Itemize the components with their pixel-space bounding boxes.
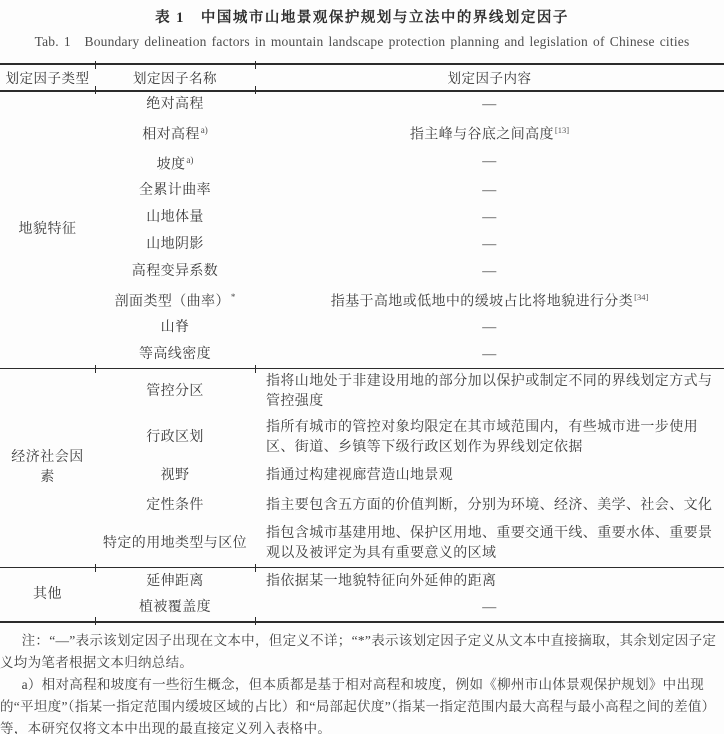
factor-name: 管控分区: [146, 384, 204, 399]
citation-marker: [34]: [634, 292, 648, 302]
table-row: 山地阴影 —: [0, 231, 724, 258]
factor-name: 视野: [161, 468, 190, 483]
factor-name-cell: 相对高程a): [95, 118, 255, 148]
citation-marker: [13]: [555, 125, 569, 135]
table-notes: 注：“—”表示该划定因子出现在文本中，但定义不详；“*”表示该划定因子定义从文本…: [0, 630, 724, 734]
factor-name-cell: 剖面类型（曲率）*: [95, 285, 255, 315]
factor-content-cell: —: [255, 342, 724, 369]
category-cell: 经济社会因素: [0, 369, 95, 568]
factor-name-cell: 绝对高程: [95, 91, 255, 118]
factor-name-cell: 坡度a): [95, 148, 255, 178]
factor-content: —: [482, 154, 496, 169]
factor-content-cell: 指主峰与谷底之间高度[13]: [255, 118, 724, 148]
table-row: 高程变异系数 —: [0, 258, 724, 285]
factor-name: 植被覆盖度: [139, 600, 211, 615]
table-title-cn: 表 1 中国城市山地景观保护规划与立法中的界线划定因子: [0, 9, 724, 28]
factor-content-cell: 指包含城市基建用地、保护区用地、重要交通干线、重要水体、重要景观以及被评定为具有…: [255, 521, 724, 568]
factor-content-cell: 指依据某一地貌特征向外延伸的距离: [255, 568, 724, 595]
factor-content-cell: 指所有城市的管控对象均限定在其市域范围内，有些城市进一步使用区、街道、乡镇等下级…: [255, 415, 724, 461]
factor-name-cell: 全累计曲率: [95, 177, 255, 204]
factor-content-cell: 指将山地处于非建设用地的部分加以保护或制定不同的界线划定方式与管控强度: [255, 369, 724, 416]
factor-name-cell: 管控分区: [95, 369, 255, 416]
section-landform: 地貌特征 绝对高程 — 相对高程a) 指主峰与谷底之间高度[13] 坡度a) —…: [0, 91, 724, 369]
factor-content: —: [482, 97, 496, 112]
table-row: 定性条件 指主要包含五方面的价值判断，分别为环境、经济、美学、社会、文化: [0, 491, 724, 521]
factor-content: —: [482, 347, 496, 362]
section-other: 其他 延伸距离 指依据某一地貌特征向外延伸的距离 植被覆盖度 —: [0, 568, 724, 622]
factor-name-cell: 行政区划: [95, 415, 255, 461]
factor-content: 指依据某一地貌特征向外延伸的距离: [266, 574, 496, 589]
factor-name: 等高线密度: [139, 347, 211, 362]
factor-name: 高程变异系数: [132, 264, 218, 279]
table-row: 山脊 —: [0, 315, 724, 342]
factor-name-cell: 延伸距离: [95, 568, 255, 595]
table-row: 剖面类型（曲率）* 指基于高地或低地中的缓坡占比将地貌进行分类[34]: [0, 285, 724, 315]
factor-content: —: [482, 237, 496, 252]
factor-name: 绝对高程: [146, 97, 204, 112]
table-row: 经济社会因素 管控分区 指将山地处于非建设用地的部分加以保护或制定不同的界线划定…: [0, 369, 724, 416]
table-header-row: 划定因子类型 划定因子名称 划定因子内容: [0, 64, 724, 91]
category-cell: 其他: [0, 568, 95, 622]
factor-name-cell: 山地阴影: [95, 231, 255, 258]
factor-name-cell: 山脊: [95, 315, 255, 342]
footnote-marker: a): [201, 125, 208, 135]
factor-name-cell: 定性条件: [95, 491, 255, 521]
factor-name: 坡度: [157, 157, 186, 172]
factor-content-cell: —: [255, 231, 724, 258]
table-row: 地貌特征 绝对高程 —: [0, 91, 724, 118]
table-row: 特定的用地类型与区位 指包含城市基建用地、保护区用地、重要交通干线、重要水体、重…: [0, 521, 724, 568]
header-factor-content: 划定因子内容: [255, 64, 724, 91]
factor-content: 指主峰与谷底之间高度: [410, 128, 554, 143]
factor-name: 全累计曲率: [139, 183, 211, 198]
factor-name: 相对高程: [142, 128, 200, 143]
factor-content-cell: —: [255, 148, 724, 178]
factor-name-cell: 高程变异系数: [95, 258, 255, 285]
category-cell: 地貌特征: [0, 91, 95, 369]
factor-content: —: [482, 264, 496, 279]
section-socioeconomic: 经济社会因素 管控分区 指将山地处于非建设用地的部分加以保护或制定不同的界线划定…: [0, 369, 724, 568]
factor-name-cell: 山地体量: [95, 204, 255, 231]
table-row: 坡度a) —: [0, 148, 724, 178]
factor-content-cell: —: [255, 177, 724, 204]
factor-name-cell: 植被覆盖度: [95, 595, 255, 622]
factor-content: 指所有城市的管控对象均限定在其市域范围内，有些城市进一步使用区、街道、乡镇等下级…: [266, 420, 698, 455]
table-row: 相对高程a) 指主峰与谷底之间高度[13]: [0, 118, 724, 148]
table-row: 植被覆盖度 —: [0, 595, 724, 622]
table-row: 其他 延伸距离 指依据某一地貌特征向外延伸的距离: [0, 568, 724, 595]
factor-content-cell: —: [255, 258, 724, 285]
factor-content: 指主要包含五方面的价值判断，分别为环境、经济、美学、社会、文化: [266, 498, 712, 513]
table-note: 注：“—”表示该划定因子出现在文本中，但定义不详；“*”表示该划定因子定义从文本…: [0, 630, 724, 674]
factor-name: 山地体量: [146, 210, 204, 225]
factor-content-cell: —: [255, 595, 724, 622]
factor-name: 定性条件: [146, 498, 204, 513]
factor-name: 行政区划: [146, 430, 204, 445]
factor-name-cell: 特定的用地类型与区位: [95, 521, 255, 568]
factor-content: 指通过构建视廊营造山地景观: [266, 468, 453, 483]
footnote-marker: a): [186, 155, 193, 165]
factor-content-cell: —: [255, 204, 724, 231]
factor-content: 指包含城市基建用地、保护区用地、重要交通干线、重要水体、重要景观以及被评定为具有…: [266, 526, 712, 561]
table-footnote-a: a）相对高程和坡度有一些衍生概念，但本质都是基于相对高程和坡度，例如《柳州市山体…: [0, 674, 724, 734]
factor-content: —: [482, 600, 496, 615]
factor-content: —: [482, 183, 496, 198]
factor-content: 指将山地处于非建设用地的部分加以保护或制定不同的界线划定方式与管控强度: [266, 374, 712, 409]
factor-content-cell: 指通过构建视廊营造山地景观: [255, 461, 724, 491]
factor-name: 延伸距离: [146, 574, 204, 589]
table-row: 等高线密度 —: [0, 342, 724, 369]
table-title-en: Tab. 1 Boundary delineation factors in m…: [0, 33, 724, 51]
footnote-marker: *: [231, 292, 236, 302]
factor-content-cell: 指主要包含五方面的价值判断，分别为环境、经济、美学、社会、文化: [255, 491, 724, 521]
table-row: 行政区划 指所有城市的管控对象均限定在其市域范围内，有些城市进一步使用区、街道、…: [0, 415, 724, 461]
header-factor-name: 划定因子名称: [95, 64, 255, 91]
factor-name: 山地阴影: [146, 237, 204, 252]
boundary-factors-table: 划定因子类型 划定因子名称 划定因子内容 地貌特征 绝对高程 — 相对高程a) …: [0, 63, 724, 623]
factor-name: 山脊: [161, 320, 190, 335]
factor-name: 剖面类型（曲率）: [115, 295, 230, 310]
factor-content: —: [482, 210, 496, 225]
table-row: 视野 指通过构建视廊营造山地景观: [0, 461, 724, 491]
factor-content: 指基于高地或低地中的缓坡占比将地貌进行分类: [331, 295, 633, 310]
table-row: 全累计曲率 —: [0, 177, 724, 204]
table-row: 山地体量 —: [0, 204, 724, 231]
factor-content: —: [482, 320, 496, 335]
header-factor-type: 划定因子类型: [0, 64, 95, 91]
factor-name-cell: 等高线密度: [95, 342, 255, 369]
factor-content-cell: —: [255, 91, 724, 118]
document-page: 表 1 中国城市山地景观保护规划与立法中的界线划定因子 Tab. 1 Bound…: [0, 0, 724, 734]
factor-content-cell: 指基于高地或低地中的缓坡占比将地貌进行分类[34]: [255, 285, 724, 315]
factor-content-cell: —: [255, 315, 724, 342]
factor-name: 特定的用地类型与区位: [103, 536, 247, 551]
factor-name-cell: 视野: [95, 461, 255, 491]
